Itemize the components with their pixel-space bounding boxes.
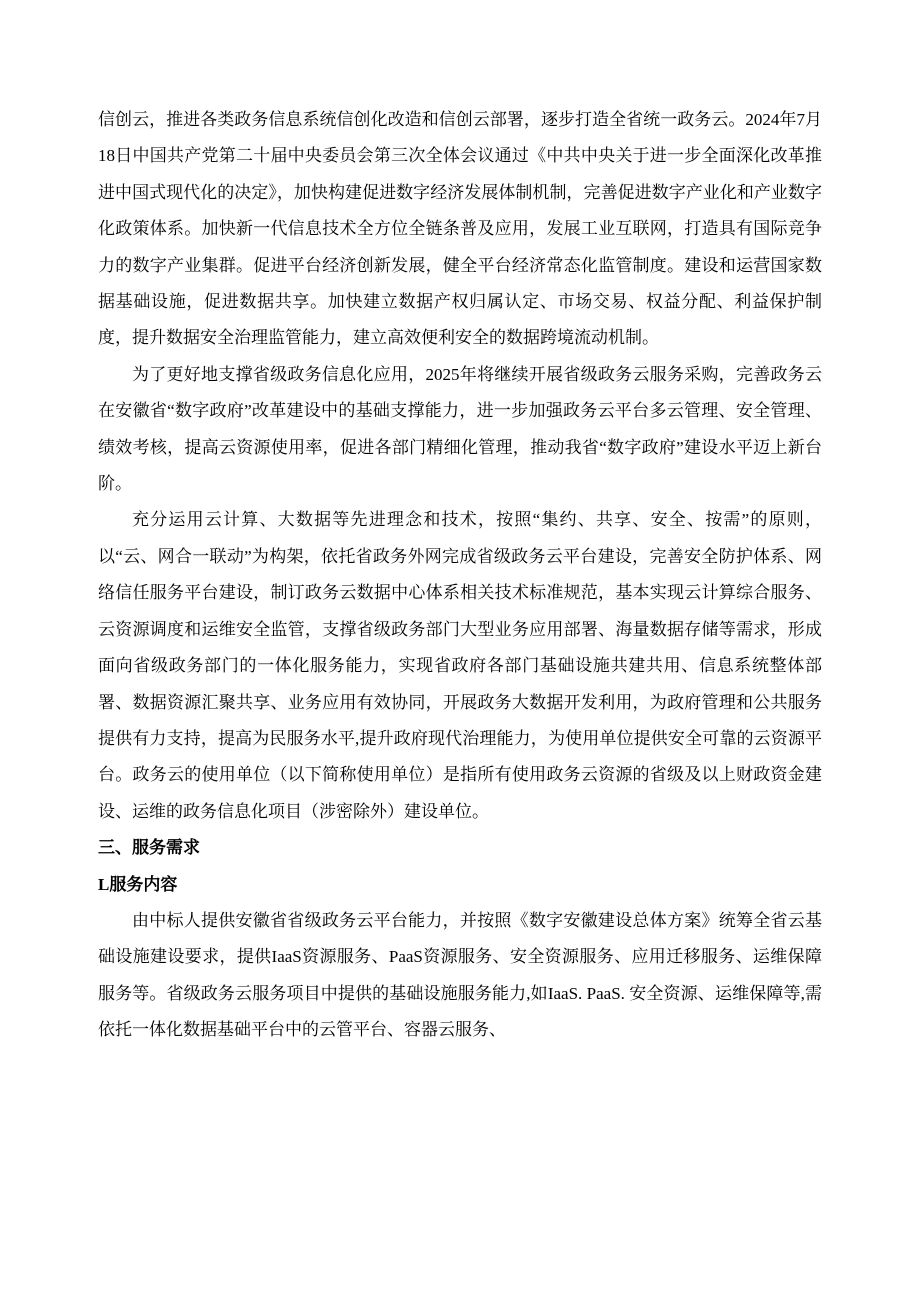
document-page: 信创云，推进各类政务信息系统信创化改造和信创云部署，逐步打造全省统一政务云。20…: [0, 0, 920, 1301]
paragraph-2025-procurement: 为了更好地支撑省级政务信息化应用，2025年将继续开展省级政务云服务采购，完善政…: [98, 357, 822, 503]
paragraph-cloud-platform-construction: 充分运用云计算、大数据等先进理念和技术，按照“集约、共享、安全、按需”的原则，以…: [98, 502, 822, 830]
paragraph-bid-winner-services: 由中标人提供安徽省省级政务云平台能力，并按照《数字安徽建设总体方案》统筹全省云基…: [98, 903, 822, 1049]
paragraph-xinchuang-cloud: 信创云，推进各类政务信息系统信创化改造和信创云部署，逐步打造全省统一政务云。20…: [98, 102, 822, 357]
document-body: 信创云，推进各类政务信息系统信创化改造和信创云部署，逐步打造全省统一政务云。20…: [98, 102, 822, 1049]
heading-service-content: L服务内容: [98, 867, 822, 903]
heading-service-requirements: 三、服务需求: [98, 830, 822, 866]
